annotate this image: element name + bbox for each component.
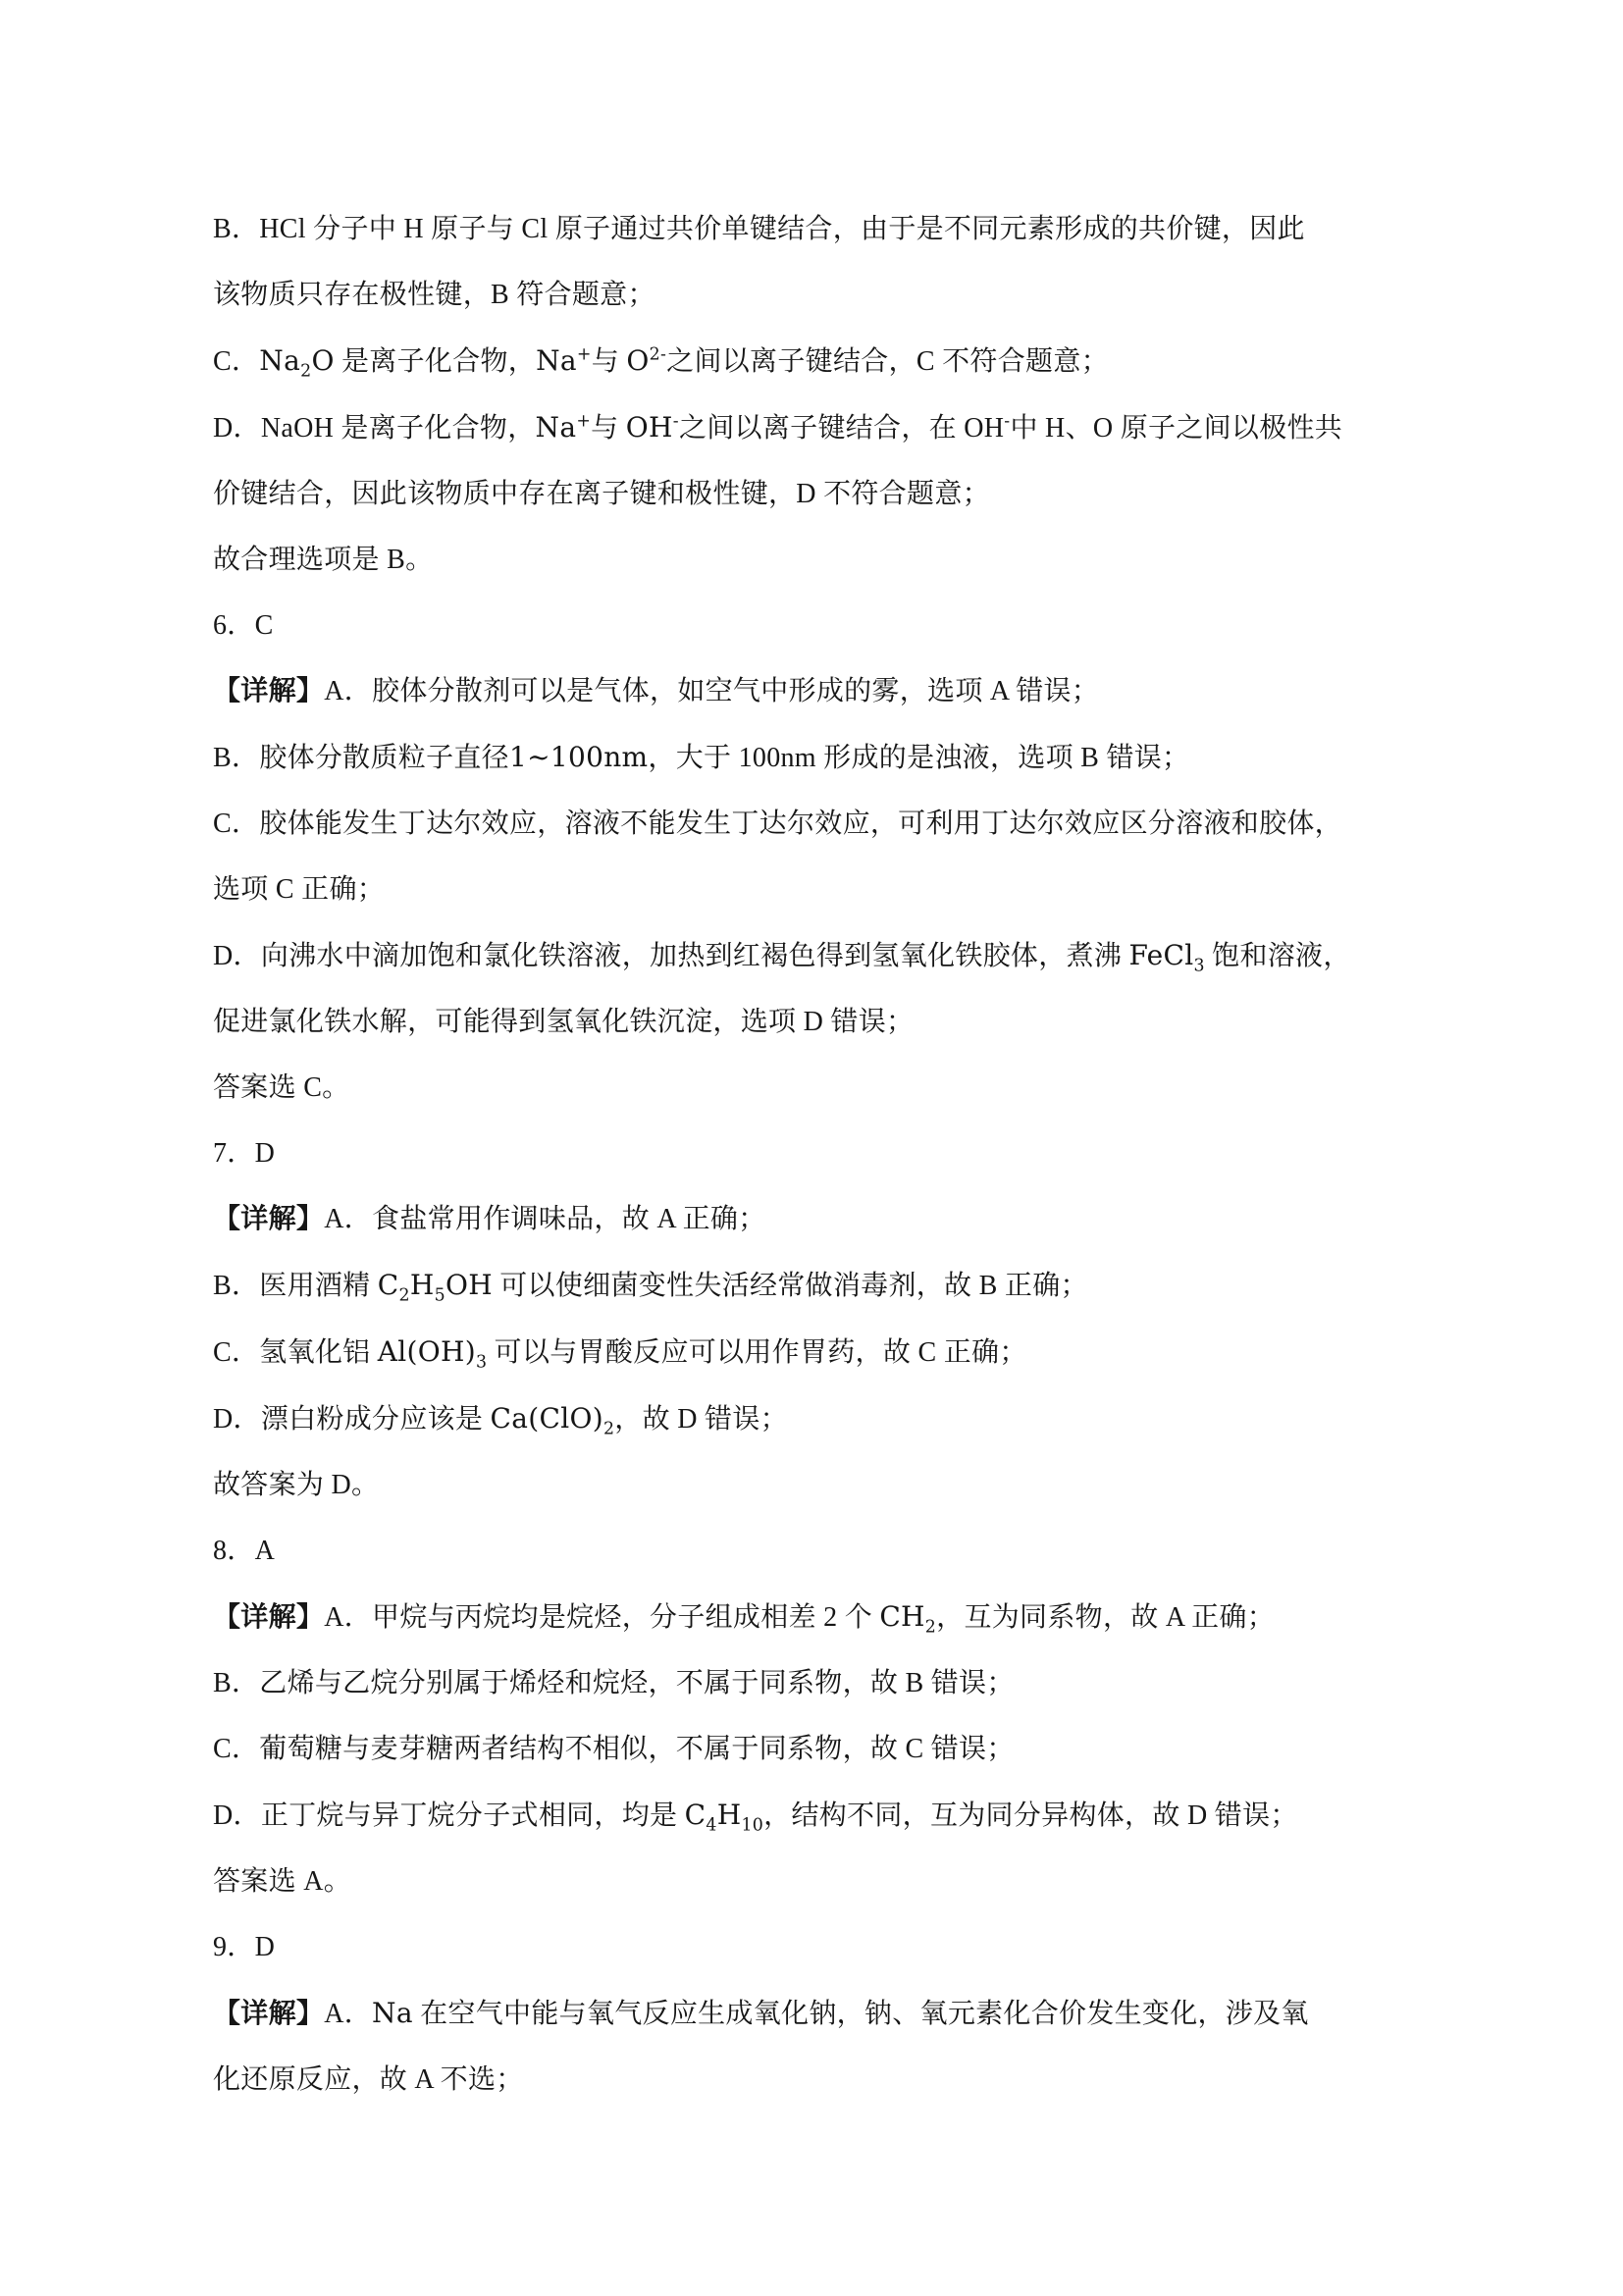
answer-8: 8．A【详解】A．甲烷与丙烷均是烷烃，分子组成相差 2 个 CH2，互为同系物，…: [213, 1518, 1312, 1914]
text-line: 6．C: [213, 593, 1312, 658]
text-line: 故合理选项是 B。: [213, 527, 1312, 593]
text-line: D．NaOH 是离子化合物，Na+与 OH-之间以离子键结合，在 OH-中 H、…: [213, 394, 1312, 461]
document-body: B．HCl 分子中 H 原子与 Cl 原子通过共价单键结合，由于是不同元素形成的…: [213, 196, 1312, 2113]
chemical-formula: Na: [372, 1997, 413, 2029]
text-line: C．氢氧化铝 Al(OH)3 可以与胃酸反应可以用作胃药，故 C 正确；: [213, 1319, 1312, 1385]
document-page: B．HCl 分子中 H 原子与 Cl 原子通过共价单键结合，由于是不同元素形成的…: [0, 0, 1623, 2296]
chemical-formula: Al(OH)3: [378, 1335, 488, 1368]
chemical-formula: FeCl3: [1128, 939, 1204, 971]
chemical-formula: 1~100nm: [509, 741, 648, 773]
text-line: C．Na2O 是离子化合物，Na+与 O2-之间以离子键结合，C 不符合题意；: [213, 328, 1312, 394]
text-line: 故答案为 D。: [213, 1452, 1312, 1518]
chemical-formula: O2-: [626, 344, 666, 377]
text-line: B．医用酒精 C2H5OH 可以使细菌变性失活经常做消毒剂，故 B 正确；: [213, 1252, 1312, 1319]
answer-5-explanation-continued: B．HCl 分子中 H 原子与 Cl 原子通过共价单键结合，由于是不同元素形成的…: [213, 196, 1312, 593]
text-line: 价键结合，因此该物质中存在离子键和极性键，D 不符合题意；: [213, 461, 1312, 527]
text-line: C．葡萄糖与麦芽糖两者结构不相似，不属于同系物，故 C 错误；: [213, 1716, 1312, 1782]
chemical-formula: CH2: [879, 1600, 936, 1633]
chemical-formula: Ca(ClO)2: [491, 1402, 615, 1435]
text-line: 【详解】A．甲烷与丙烷均是烷烃，分子组成相差 2 个 CH2，互为同系物，故 A…: [213, 1584, 1312, 1650]
text-line: 答案选 C。: [213, 1055, 1312, 1121]
chemical-formula: C4H10: [685, 1799, 764, 1831]
text-line: 答案选 A。: [213, 1849, 1312, 1914]
answer-9: 9．D【详解】A．Na 在空气中能与氧气反应生成氧化钠，钠、氧元素化合价发生变化…: [213, 1914, 1312, 2113]
chemical-formula: C2H5OH: [378, 1269, 493, 1301]
chemical-formula: OH-: [626, 411, 679, 444]
text-line: 【详解】A．胶体分散剂可以是气体，如空气中形成的雾，选项 A 错误；: [213, 658, 1312, 724]
text-line: D．正丁烷与异丁烷分子式相同，均是 C4H10，结构不同，互为同分异构体，故 D…: [213, 1782, 1312, 1849]
chemical-formula: Na+: [536, 344, 592, 377]
text-line: B．乙烯与乙烷分别属于烯烃和烷烃，不属于同系物，故 B 错误；: [213, 1650, 1312, 1716]
text-line: C．胶体能发生丁达尔效应，溶液不能发生丁达尔效应，可利用丁达尔效应区分溶液和胶体…: [213, 791, 1312, 857]
text-line: 促进氯化铁水解，可能得到氢氧化铁沉淀，选项 D 错误；: [213, 989, 1312, 1055]
chemical-formula: Na+: [536, 411, 592, 444]
answer-7: 7．D【详解】A．食盐常用作调味品，故 A 正确；B．医用酒精 C2H5OH 可…: [213, 1121, 1312, 1518]
text-line: B．HCl 分子中 H 原子与 Cl 原子通过共价单键结合，由于是不同元素形成的…: [213, 196, 1312, 262]
text-line: 7．D: [213, 1121, 1312, 1186]
text-line: 【详解】A．Na 在空气中能与氧气反应生成氧化钠，钠、氧元素化合价发生变化，涉及…: [213, 1980, 1312, 2047]
text-line: 选项 C 正确；: [213, 857, 1312, 922]
text-line: 8．A: [213, 1518, 1312, 1584]
text-line: B．胶体分散质粒子直径1~100nm，大于 100nm 形成的是浊液，选项 B …: [213, 724, 1312, 791]
answer-6: 6．C【详解】A．胶体分散剂可以是气体，如空气中形成的雾，选项 A 错误；B．胶…: [213, 593, 1312, 1121]
text-line: 化还原反应，故 A 不选；: [213, 2047, 1312, 2113]
chemical-formula: Na2O: [259, 344, 334, 377]
text-line: D．向沸水中滴加饱和氯化铁溶液，加热到红褐色得到氢氧化铁胶体，煮沸 FeCl3 …: [213, 922, 1312, 989]
text-line: 【详解】A．食盐常用作调味品，故 A 正确；: [213, 1186, 1312, 1252]
text-line: 9．D: [213, 1914, 1312, 1980]
text-line: 该物质只存在极性键，B 符合题意；: [213, 262, 1312, 328]
text-line: D．漂白粉成分应该是 Ca(ClO)2，故 D 错误；: [213, 1385, 1312, 1452]
